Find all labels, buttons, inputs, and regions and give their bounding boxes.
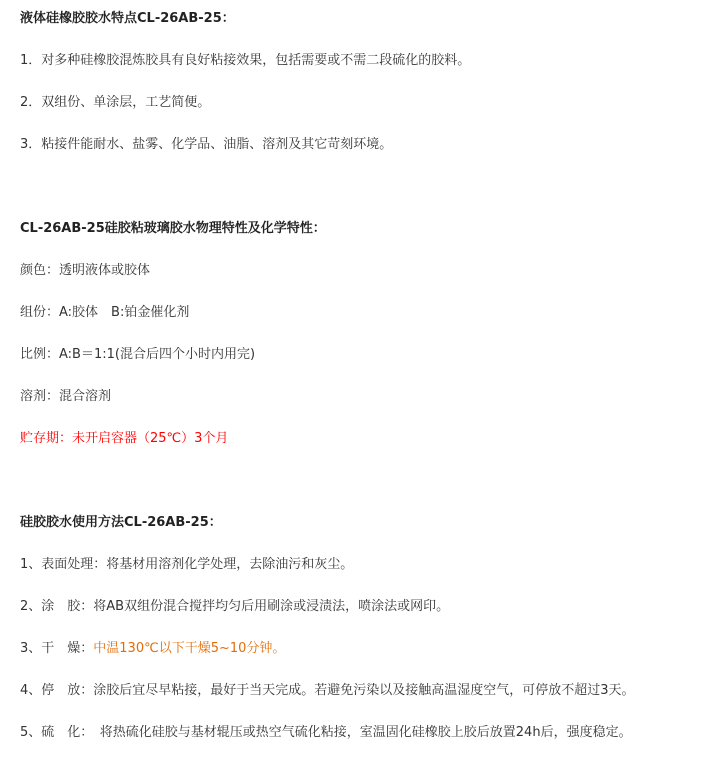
feature-item: 1．对多种硅橡胶混炼胶具有良好粘接效果，包括需要或不需二段硫化的胶料。 xyxy=(20,52,470,70)
usage-step-text: 将AB双组份混合搅拌均匀后用刷涂或浸渍法，喷涂法或网印。 xyxy=(93,599,449,614)
usage-step-label: 4、停 放： xyxy=(20,683,93,698)
usage-step: 2、涂 胶：将AB双组份混合搅拌均匀后用刷涂或浸渍法，喷涂法或网印。 xyxy=(20,598,449,616)
usage-step: 1、表面处理：将基材用溶剂化学处理，去除油污和灰尘。 xyxy=(20,556,353,574)
property-ratio: 比例：A:B＝1:1(混合后四个小时内用完) xyxy=(20,346,255,364)
property-solvent: 溶剂：混合溶剂 xyxy=(20,388,111,406)
usage-step: 3、干 燥：中温130℃以下干燥5~10分钟。 xyxy=(20,640,285,658)
feature-item: 3．粘接件能耐水、盐雾、化学品、油脂、溶剂及其它苛刻环境。 xyxy=(20,136,392,154)
usage-step: 4、停 放：涂胶后宜尽早粘接，最好于当天完成。若避免污染以及接触高温湿度空气，可… xyxy=(20,682,635,700)
section-title-features: 液体硅橡胶胶水特点CL-26AB-25： xyxy=(20,10,235,28)
usage-step-text: 将基材用溶剂化学处理，去除油污和灰尘。 xyxy=(106,557,353,572)
usage-step-label: 1、表面处理： xyxy=(20,557,106,572)
section-title-usage: 硅胶胶水使用方法CL-26AB-25： xyxy=(20,514,222,532)
usage-step: 5、硫 化： 将热硫化硅胶与基材辊压或热空气硫化粘接，室温固化硅橡胶上胶后放置2… xyxy=(20,724,632,742)
feature-item: 2．双组份、单涂层，工艺简便。 xyxy=(20,94,210,112)
usage-step-text: 涂胶后宜尽早粘接，最好于当天完成。若避免污染以及接触高温湿度空气，可停放不超过3… xyxy=(93,683,634,698)
usage-step-label: 5、硫 化： xyxy=(20,725,87,740)
section-title-properties: CL-26AB-25硅胶粘玻璃胶水物理特性及化学特性： xyxy=(20,220,326,238)
usage-step-text-highlight: 中温130℃以下干燥5~10分钟。 xyxy=(93,641,285,656)
usage-step-text: 将热硫化硅胶与基材辊压或热空气硫化粘接，室温固化硅橡胶上胶后放置24h后，强度稳… xyxy=(87,725,632,740)
property-shelf-life: 贮存期：未开启容器（25℃）3个月 xyxy=(20,430,228,448)
property-components: 组份：A:胶体 B:铂金催化剂 xyxy=(20,304,189,322)
usage-step-label: 2、涂 胶： xyxy=(20,599,93,614)
property-color: 颜色：透明液体或胶体 xyxy=(20,262,150,280)
usage-step-label: 3、干 燥： xyxy=(20,641,93,656)
